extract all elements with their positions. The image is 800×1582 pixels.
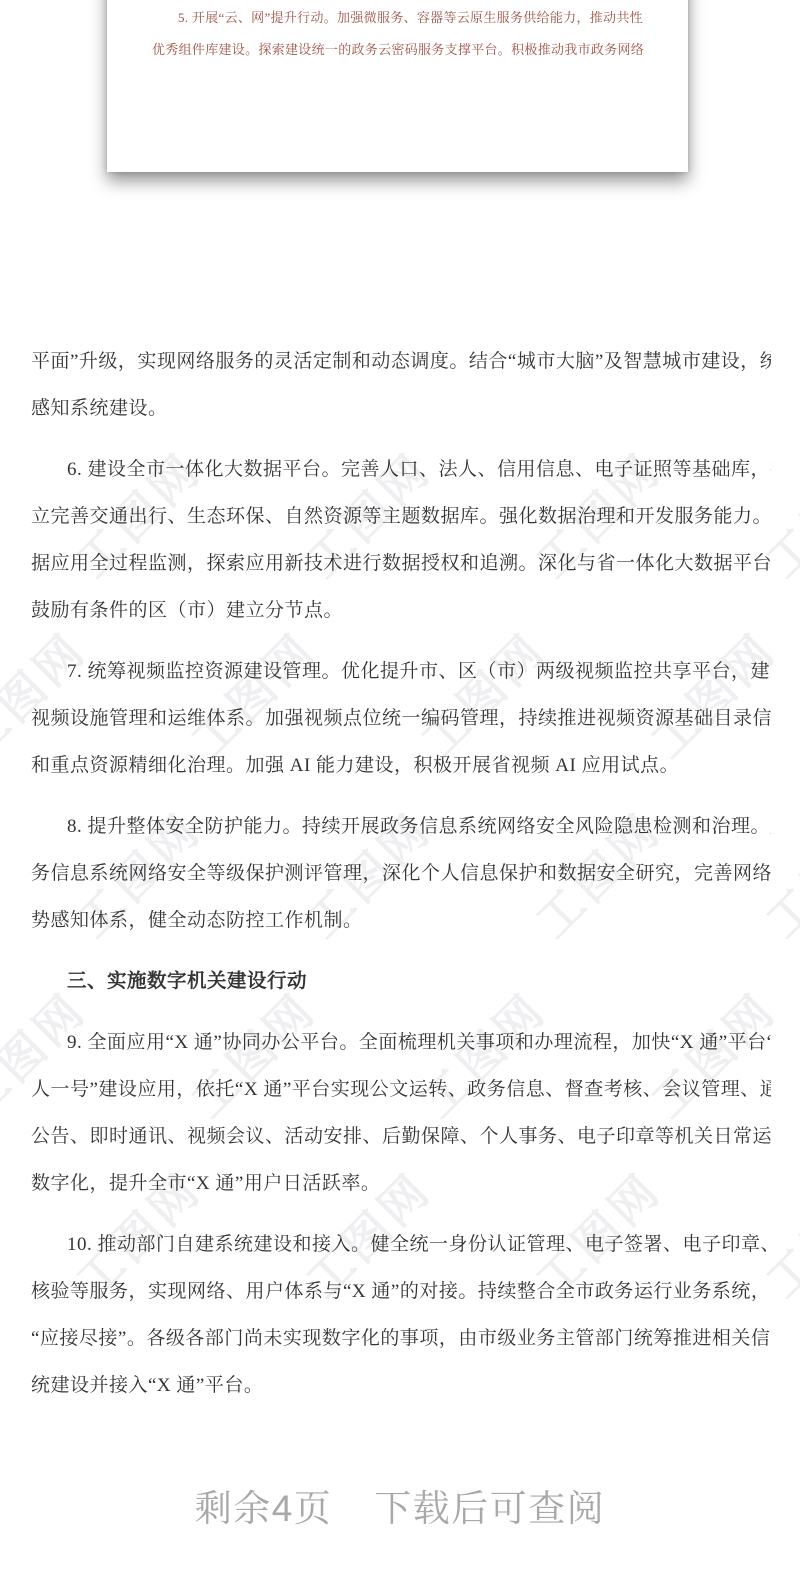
paragraph: 平面”升级，实现网络服务的灵活定制和动态调度。结合“城市大脑”及智慧城市建设，统… <box>31 338 771 432</box>
body-line: 统建设并接入“X 通”平台。 <box>31 1362 771 1409</box>
body-line: 立完善交通出行、生态环保、自然资源等主题数据库。强化数据治理和开发服务能力。实施… <box>31 493 771 540</box>
preview-line: 5. 开展“云、网”提升行动。加强微服务、容器等云原生服务供给能力，推动共性组件… <box>152 2 643 34</box>
body-line: 鼓励有条件的区（市）建立分节点。 <box>31 587 771 634</box>
body-line: 6. 建设全市一体化大数据平台。完善人口、法人、信用信息、电子证照等基础库，按需… <box>31 446 771 493</box>
remaining-pages-label: 剩余4页 <box>195 1488 333 1529</box>
footer-download-hint: 剩余4页下载后可查阅 <box>0 1478 800 1532</box>
body-line: 和重点资源精细化治理。加强 AI 能力建设，积极开展省视频 AI 应用试点。 <box>31 742 771 789</box>
body-line: 数字化，提升全市“X 通”用户日活跃率。 <box>31 1160 771 1207</box>
body-line: 人一号”建设应用，依托“X 通”平台实现公文运转、政务信息、督查考核、会议管理、… <box>31 1066 771 1113</box>
body-line: 核验等服务，实现网络、用户体系与“X 通”的对接。持续整合全市政务运行业务系统，… <box>31 1268 771 1315</box>
body-line: 平面”升级，实现网络服务的灵活定制和动态调度。结合“城市大脑”及智慧城市建设，统… <box>31 338 771 385</box>
paragraph: 8. 提升整体安全防护能力。持续开展政务信息系统网络安全风险隐患检测和治理。加强… <box>31 803 771 944</box>
body-line: 8. 提升整体安全防护能力。持续开展政务信息系统网络安全风险隐患检测和治理。加强… <box>31 803 771 850</box>
section-heading: 三、实施数字机关建设行动 <box>31 958 771 1005</box>
preview-line: 优秀组件库建设。探索建设统一的政务云密码服务支撑平台。积极推动我市政务网络“一网… <box>152 34 643 66</box>
download-hint-label: 下载后可查阅 <box>374 1488 605 1529</box>
body-line: 10. 推动部门自建系统建设和接入。健全统一身份认证管理、电子签署、电子印章、身… <box>31 1221 771 1268</box>
paragraph: 10. 推动部门自建系统建设和接入。健全统一身份认证管理、电子签署、电子印章、身… <box>31 1221 771 1409</box>
document-body: 平面”升级，实现网络服务的灵活定制和动态调度。结合“城市大脑”及智慧城市建设，统… <box>31 338 771 1409</box>
paragraph: 7. 统筹视频监控资源建设管理。优化提升市、区（市）两级视频监控共享平台，建立健… <box>31 648 771 789</box>
document-preview-card: 5. 开展“云、网”提升行动。加强微服务、容器等云原生服务供给能力，推动共性组件… <box>107 0 688 172</box>
body-line: 据应用全过程监测，探索应用新技术进行数据授权和追溯。深化与省一体化大数据平台对接… <box>31 540 771 587</box>
page-root: 工图网工图网工图网工图网工图网工图网工图网工图网工图网工图网工图网工图网工图网工… <box>0 0 800 1582</box>
body-line: 感知系统建设。 <box>31 385 771 432</box>
body-line: 视频设施管理和运维体系。加强视频点位统一编码管理，持续推进视频资源基础目录信息更… <box>31 695 771 742</box>
body-line: 公告、即时通讯、视频会议、活动安排、后勤保障、个人事务、电子印章等机关日常运转事… <box>31 1113 771 1160</box>
paragraph: 6. 建设全市一体化大数据平台。完善人口、法人、信用信息、电子证照等基础库，按需… <box>31 446 771 634</box>
paragraph: 9. 全面应用“X 通”协同办公平台。全面梳理机关事项和办理流程，加快“X 通”… <box>31 1019 771 1207</box>
body-line: 9. 全面应用“X 通”协同办公平台。全面梳理机关事项和办理流程，加快“X 通”… <box>31 1019 771 1066</box>
body-line: 势感知体系，健全动态防控工作机制。 <box>31 897 771 944</box>
body-line: “应接尽接”。各级各部门尚未实现数字化的事项，由市级业务主管部门统筹推进相关信息… <box>31 1315 771 1362</box>
body-line: 7. 统筹视频监控资源建设管理。优化提升市、区（市）两级视频监控共享平台，建立健… <box>31 648 771 695</box>
paragraph: 三、实施数字机关建设行动 <box>31 958 771 1005</box>
body-line: 务信息系统网络安全等级保护测评管理，深化个人信息保护和数据安全研究，完善网络安全… <box>31 850 771 897</box>
